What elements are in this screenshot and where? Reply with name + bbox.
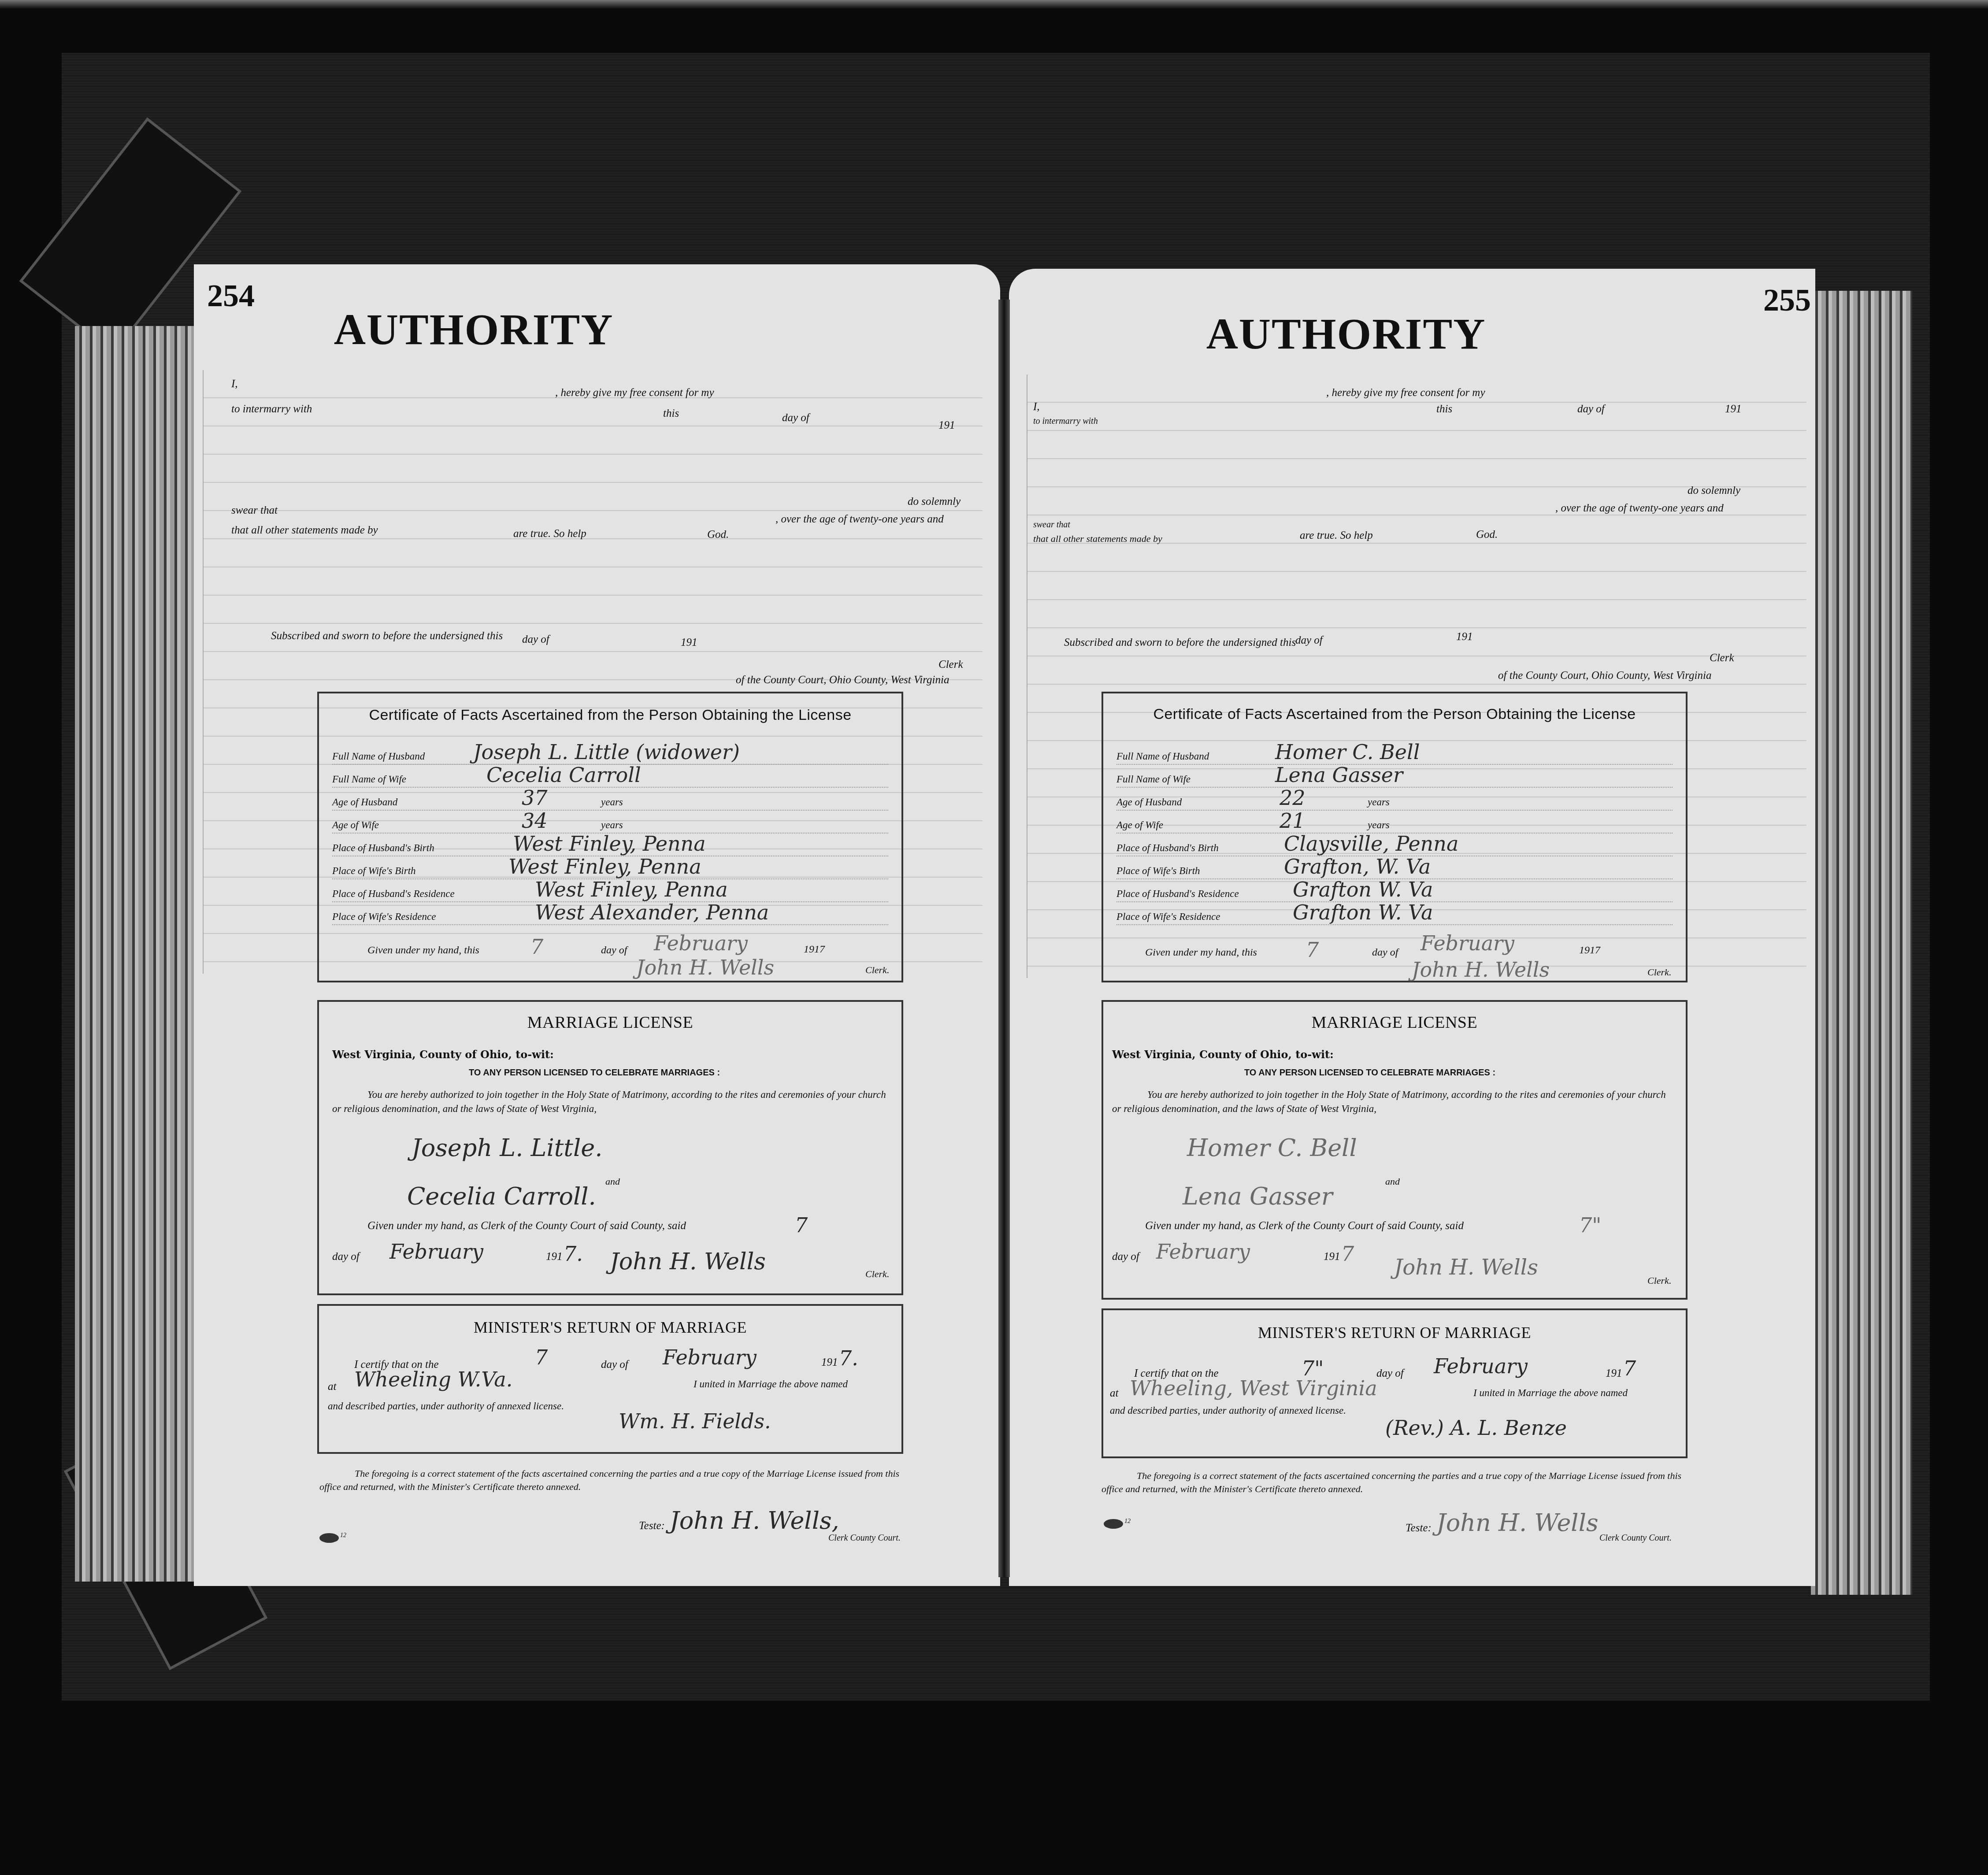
authority-swear: swear that <box>231 504 278 517</box>
return-month: February <box>1434 1354 1528 1378</box>
authority-year: 191 <box>1725 403 1742 415</box>
authority-year: 191 <box>938 419 955 432</box>
return-year-suffix: 7. <box>839 1346 858 1370</box>
return-year-prefix: 191 <box>821 1356 838 1369</box>
field-wife-age: Age of Wife21years <box>1116 811 1673 834</box>
return-year-suffix: 7 <box>1623 1356 1636 1380</box>
authority-statements: that all other statements made by <box>1033 533 1162 545</box>
page-edges-right <box>1811 291 1912 1595</box>
return-day: 7 <box>535 1345 548 1369</box>
authority-intermarry: to intermarry with <box>231 403 312 415</box>
license-body: You are hereby authorized to join togeth… <box>1112 1088 1672 1116</box>
license-and: and <box>605 1176 620 1187</box>
given-label: Given under my hand, this <box>1145 947 1257 959</box>
license-venue: West Virginia, County of Ohio, to-wit: <box>1112 1048 1334 1061</box>
license-day: 7 <box>795 1213 808 1237</box>
license-bride: Cecelia Carroll. <box>407 1182 596 1210</box>
authority-title: AUTHORITY <box>70 304 877 355</box>
teste-signature: John H. Wells, <box>670 1507 839 1534</box>
given-year: 1917 <box>1579 945 1600 956</box>
authority-solemnly: do solemnly <box>908 496 961 508</box>
license-clerk-label: Clerk. <box>1647 1275 1671 1286</box>
return-title: MINISTER'S RETURN OF MARRIAGE <box>1103 1323 1686 1342</box>
license-clerk-label: Clerk. <box>865 1268 889 1280</box>
clerk-county-court: Clerk County Court. <box>1599 1533 1672 1543</box>
field-husband-age: Age of Husband22years <box>1116 788 1673 811</box>
authority-solemnly: do solemnly <box>1688 485 1740 497</box>
book-gutter <box>998 300 1010 1577</box>
clerk-label: Clerk <box>1710 652 1734 664</box>
license-given: Given under my hand, as Clerk of the Cou… <box>1145 1220 1464 1232</box>
field-husband-name: Full Name of HusbandHomer C. Bell <box>1116 742 1673 765</box>
return-dayof: day of <box>1376 1367 1404 1380</box>
clerk-label: Clerk <box>938 659 963 671</box>
license-year-prefix: 191 <box>1324 1251 1340 1263</box>
field-wife-residence: Place of Wife's ResidenceGrafton W. Va <box>1116 902 1673 925</box>
field-husband-birthplace: Place of Husband's BirthClaysville, Penn… <box>1116 834 1673 856</box>
license-groom: Homer C. Bell <box>1187 1134 1357 1162</box>
clerk-label: Clerk. <box>1647 967 1671 978</box>
teste-label: Teste: <box>1406 1522 1432 1534</box>
field-wife-birthplace: Place of Wife's BirthGrafton, W. Va <box>1116 856 1673 879</box>
footer-statement: The foregoing is a correct statement of … <box>1102 1469 1692 1496</box>
field-husband-name: Full Name of HusbandJoseph L. Little (wi… <box>332 742 888 765</box>
authority-intermarry: to intermarry with <box>1033 416 1098 426</box>
printer-seal-icon <box>319 1533 339 1543</box>
subscribed-dayof: day of <box>522 634 549 646</box>
authority-god: God. <box>707 529 729 541</box>
printer-mark: 12 <box>1124 1518 1131 1525</box>
license-groom: Joseph L. Little. <box>412 1134 602 1162</box>
given-dayof: day of <box>1372 947 1398 959</box>
authority-this: this <box>663 408 679 420</box>
authority-consent: , hereby give my free consent for my <box>555 387 714 399</box>
license-body: You are hereby authorized to join togeth… <box>332 1088 887 1116</box>
certificate-title: Certificate of Facts Ascertained from th… <box>319 707 901 724</box>
return-at: at <box>328 1381 336 1393</box>
authority-title: AUTHORITY <box>943 308 1749 359</box>
license-address: TO ANY PERSON LICENSED TO CELEBRATE MARR… <box>469 1068 720 1078</box>
given-month: February <box>1421 931 1514 955</box>
authority-dayof: day of <box>782 412 809 424</box>
printer-seal-icon <box>1104 1519 1123 1529</box>
given-dayof: day of <box>601 945 627 956</box>
field-wife-name: Full Name of WifeLena Gasser <box>1116 765 1673 788</box>
license-title: MARRIAGE LICENSE <box>1103 1013 1686 1032</box>
given-label: Given under my hand, this <box>367 945 479 956</box>
given-month: February <box>654 931 748 955</box>
minister-signature: (Rev.) A. L. Benze <box>1385 1416 1567 1440</box>
return-year-prefix: 191 <box>1606 1367 1622 1380</box>
certificate-of-facts-box: Certificate of Facts Ascertained from th… <box>317 692 903 982</box>
footer-statement: The foregoing is a correct statement of … <box>319 1467 905 1493</box>
field-wife-name: Full Name of WifeCecelia Carroll <box>332 765 888 788</box>
page-number: 255 <box>1763 282 1811 319</box>
license-clerk-signature: John H. Wells <box>1394 1255 1538 1280</box>
county-court-label: of the County Court, Ohio County, West V… <box>736 674 949 686</box>
license-dayof: day of <box>332 1251 360 1263</box>
subscribed-year: 191 <box>681 637 697 649</box>
return-parties: and described parties, under authority o… <box>1110 1405 1346 1416</box>
authority-statements: that all other statements made by <box>231 524 378 537</box>
clerk-signature: John H. Wells <box>1412 958 1550 982</box>
field-husband-age: Age of Husband37years <box>332 788 888 811</box>
return-united: I united in Marriage the above named <box>694 1378 848 1390</box>
clerk-county-court: Clerk County Court. <box>828 1533 901 1543</box>
authority-are-true: are true. So help <box>1300 530 1373 542</box>
license-year-suffix: 7. <box>564 1242 583 1266</box>
license-month: February <box>389 1240 483 1264</box>
ministers-return-box: MINISTER'S RETURN OF MARRIAGE I certify … <box>317 1304 903 1454</box>
teste-signature: John H. Wells <box>1436 1509 1599 1537</box>
authority-consent: , hereby give my free consent for my <box>1326 387 1485 399</box>
page-edges-left <box>75 326 194 1582</box>
clerk-signature: John H. Wells <box>636 956 774 979</box>
license-day: 7" <box>1579 1213 1601 1237</box>
left-page: 254 AUTHORITY I, , hereby give my free c… <box>194 264 1000 1586</box>
subscribed-dayof: day of <box>1295 634 1323 647</box>
license-month: February <box>1156 1240 1250 1264</box>
return-dayof: day of <box>601 1359 628 1371</box>
authority-god: God. <box>1476 529 1498 541</box>
license-year-suffix: 7 <box>1341 1242 1354 1266</box>
authority-over-age: , over the age of twenty-one years and <box>1555 502 1724 515</box>
minister-signature: Wm. H. Fields. <box>619 1409 771 1433</box>
authority-swear: swear that <box>1033 520 1070 530</box>
subscribed-text: Subscribed and sworn to before the under… <box>1064 637 1296 649</box>
authority-this: this <box>1436 403 1452 415</box>
return-place: Wheeling W.Va. <box>354 1367 512 1391</box>
field-wife-residence: Place of Wife's ResidenceWest Alexander,… <box>332 902 888 925</box>
film-edge <box>0 0 1988 9</box>
license-clerk-signature: John H. Wells <box>610 1249 766 1275</box>
return-place: Wheeling, West Virginia <box>1130 1376 1377 1400</box>
license-title: MARRIAGE LICENSE <box>319 1013 901 1032</box>
return-at: at <box>1110 1387 1118 1400</box>
field-wife-birthplace: Place of Wife's BirthWest Finley, Penna <box>332 856 888 879</box>
printer-mark: 12 <box>340 1532 346 1539</box>
authority-are-true: are true. So help <box>513 528 586 540</box>
right-page: 255 AUTHORITY I, , hereby give my free c… <box>1009 269 1815 1586</box>
field-husband-birthplace: Place of Husband's BirthWest Finley, Pen… <box>332 834 888 856</box>
return-month: February <box>663 1345 757 1369</box>
given-day: 7 <box>530 935 543 959</box>
license-and: and <box>1385 1176 1400 1187</box>
county-court-label: of the County Court, Ohio County, West V… <box>1498 670 1712 682</box>
license-year-prefix: 191 <box>546 1251 563 1263</box>
given-year: 1917 <box>804 944 825 956</box>
field-husband-residence: Place of Husband's ResidenceWest Finley,… <box>332 879 888 902</box>
field-husband-residence: Place of Husband's ResidenceGrafton W. V… <box>1116 879 1673 902</box>
given-day: 7 <box>1306 938 1319 962</box>
marriage-license-box: MARRIAGE LICENSE West Virginia, County o… <box>1102 1000 1688 1300</box>
license-dayof: day of <box>1112 1251 1139 1263</box>
return-title: MINISTER'S RETURN OF MARRIAGE <box>319 1318 901 1337</box>
certificate-title: Certificate of Facts Ascertained from th… <box>1103 706 1686 723</box>
field-wife-age: Age of Wife34years <box>332 811 888 834</box>
authority-dayof: day of <box>1577 403 1605 415</box>
subscribed-text: Subscribed and sworn to before the under… <box>271 630 503 642</box>
license-venue: West Virginia, County of Ohio, to-wit: <box>332 1048 554 1061</box>
marriage-license-box: MARRIAGE LICENSE West Virginia, County o… <box>317 1000 903 1295</box>
certificate-of-facts-box: Certificate of Facts Ascertained from th… <box>1102 692 1688 982</box>
ministers-return-box: MINISTER'S RETURN OF MARRIAGE I certify … <box>1102 1308 1688 1458</box>
license-bride: Lena Gasser <box>1183 1182 1332 1210</box>
teste-label: Teste: <box>639 1520 665 1532</box>
authority-i: I, <box>1033 401 1040 413</box>
clerk-label: Clerk. <box>865 964 889 976</box>
authority-i: I, <box>231 378 238 390</box>
subscribed-year: 191 <box>1456 631 1473 643</box>
authority-over-age: , over the age of twenty-one years and <box>775 513 944 526</box>
return-united: I united in Marriage the above named <box>1473 1387 1628 1399</box>
return-parties: and described parties, under authority o… <box>328 1401 564 1412</box>
license-address: TO ANY PERSON LICENSED TO CELEBRATE MARR… <box>1244 1068 1495 1078</box>
license-given: Given under my hand, as Clerk of the Cou… <box>367 1220 686 1232</box>
